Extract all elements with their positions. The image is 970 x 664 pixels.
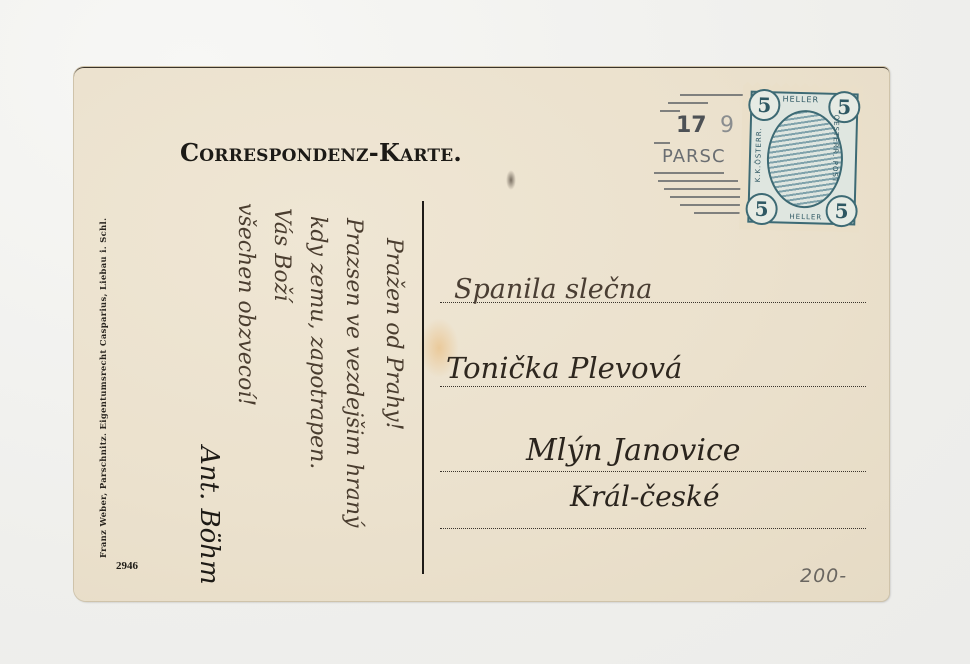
address-rule <box>440 528 866 529</box>
address-rule <box>440 386 866 387</box>
message-line: Prazsen ve vezdejšim hraný <box>341 218 366 527</box>
postage-stamp: 5 5 5 5 HELLER OESTERR. POST K.K.ÖSTERR.… <box>739 81 863 232</box>
vertical-divider <box>422 201 424 574</box>
postcard: Franz Weber, Parschnitz. Eigentumsrecht … <box>74 67 889 601</box>
message-line: Vás Boží <box>269 208 294 301</box>
pencil-price-note: 200- <box>800 565 847 587</box>
postmark-day: 17 <box>676 113 707 138</box>
stamp-left-label: K.K.ÖSTERR. <box>754 127 763 182</box>
publisher-imprint: Franz Weber, Parschnitz. Eigentumsrecht … <box>98 98 118 558</box>
ink-smudge <box>506 170 516 190</box>
address-line: Král-české <box>570 480 720 513</box>
stamp-currency: HELLER <box>782 94 819 104</box>
card-title: Correspondenz-Karte. <box>180 138 462 167</box>
stamp-country: OESTERR. POST <box>830 115 840 184</box>
message-line: všechen obzvecoí! <box>233 203 258 406</box>
catalog-number: 2946 <box>116 560 138 572</box>
signature: Ant. Böhm <box>194 446 224 585</box>
address-rule <box>440 471 866 472</box>
message-line: Pražen od Prahy! <box>381 238 406 430</box>
stamp-denomination: 5 <box>748 89 781 122</box>
stamp-denomination: 5 <box>745 193 778 226</box>
postmark-month: 9 <box>720 113 734 138</box>
address-line: Tonička Plevová <box>446 351 682 385</box>
address-line: Spanila slečna <box>454 274 652 305</box>
message-area: Pražen od Prahy! Prazsen ve vezdejšim hr… <box>154 208 414 588</box>
stamp-currency-bottom: HELLER <box>789 213 822 222</box>
stamp-denomination: 5 <box>825 195 858 228</box>
message-line: kdy zemu, zapotrapen. <box>305 216 330 469</box>
address-line: Mlýn Janovice <box>526 433 741 468</box>
postmark-town: PARSC <box>662 146 726 167</box>
